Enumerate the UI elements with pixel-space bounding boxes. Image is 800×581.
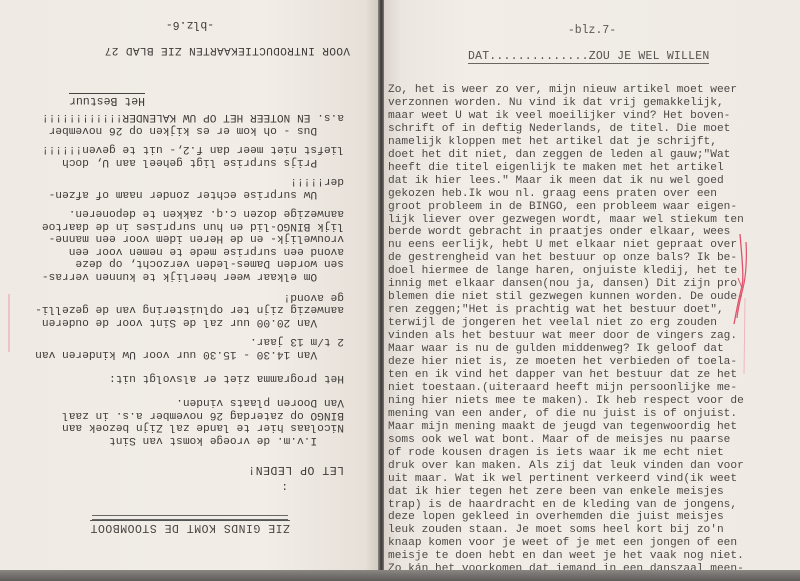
body-line: of rode kousen dragen is iets waar ik me…: [388, 447, 798, 460]
body-line: ren zeggen;"Het is prachtig wat het best…: [388, 304, 798, 317]
article-body: Zo, het is weer zo ver, mijn nieuw artik…: [388, 84, 798, 572]
scan-bottom-edge: [0, 570, 800, 581]
body-line: niet toestaan.(uiteraard heeft mijn pers…: [388, 382, 798, 395]
body-line: soms ook wel wat bont. Maar of de meisje…: [388, 434, 798, 447]
document-spread: ZIE GINDS KOMT DE STOOMBOOT : LET OP LED…: [0, 0, 800, 572]
left-subheading: LET OP LEDEN!: [248, 463, 344, 476]
body-line: gekozen heb.Ik wou nl. graag eens praten…: [388, 188, 798, 201]
body-line: terwijl de jongeren het veelal niet zo e…: [388, 317, 798, 330]
body-line: vinden als het bestuur wat meer door de …: [388, 330, 798, 343]
body-line: maar weet U wat ik veel moeilijker vind?…: [388, 110, 798, 123]
article-title: DAT..............ZOU JE WEL WILLEN: [468, 50, 709, 63]
body-line: leuk zouden staan. Je moet soms heel kor…: [388, 524, 798, 537]
body-line: ten en ik vind het dapper van het bestuu…: [388, 369, 798, 382]
paragraph: Het programma ziet er alsvolgt uit:: [14, 371, 344, 384]
body-line: doet het dit niet, dan zeggen de leden a…: [388, 149, 798, 162]
body-line: deze lopen gekleed in overhemden die jui…: [388, 511, 798, 524]
signature: Het Bestuur: [69, 94, 145, 107]
paragraph: Prijs surprise ligt geheel aan U, doch l…: [14, 143, 344, 168]
paragraph: I.v.m. de vroege komst van Sint Nicolaas…: [14, 396, 344, 446]
page-left: ZIE GINDS KOMT DE STOOMBOOT : LET OP LED…: [0, 0, 380, 572]
body-line: meisje te doen hebt en dan weet je het v…: [388, 550, 798, 563]
body-line: blemen die niet stil gezwegen kunnen wor…: [388, 291, 798, 304]
body-line: dat ik hier lees." Maar ik meen dat ik n…: [388, 175, 798, 188]
body-line: trap) is de haardracht en de kleding van…: [388, 499, 798, 512]
body-line: lijk liever over gezwegen wordt, maar we…: [388, 214, 798, 227]
body-line: de gestrengheid van het bestuur op onze …: [388, 252, 798, 265]
paragraph: Om elkaar weer heerlijk te kunnen verras…: [14, 206, 344, 282]
body-line: uit maar. Wat ik wel pertinent verkeerd …: [388, 473, 798, 486]
paragraph: Van 14.30 - 15.30 uur voor Uw kinderen v…: [14, 335, 344, 360]
page-number-left: -blz.6-: [0, 18, 380, 31]
body-line: namelijk kloppen met het artikel dat je …: [388, 136, 798, 149]
body-line: groot probleem in de BINGO, een probleem…: [388, 201, 798, 214]
paragraph: Van 20.00 uur zal de Sint voor de oudere…: [14, 290, 344, 328]
body-line: Zo, het is weer zo ver, mijn nieuw artik…: [388, 84, 798, 97]
left-heading: ZIE GINDS KOMT DE STOOMBOOT: [0, 515, 380, 534]
body-line: mening van een ander, of die nu juist is…: [388, 408, 798, 421]
paragraph: Uw surprise echter zonder naam of afzen-…: [14, 175, 344, 200]
heading-colon: :: [281, 480, 288, 492]
body-line: ning hier niets mee te maken). Ik heb re…: [388, 395, 798, 408]
body-line: dat ik hier tegen het zere been van enke…: [388, 486, 798, 499]
body-line: berde wordt gebracht in praatjes onder e…: [388, 226, 798, 239]
paragraph: Dus - oh kom er es kijken op 26 november…: [14, 111, 344, 136]
body-line: nu eens eerlijk, hebt U met elkaar niet …: [388, 239, 798, 252]
body-line: Maar mijn mening maakt de jeugd van tege…: [388, 421, 798, 434]
footer-note: VOOR INTRODUCTIEKAARTEN ZIE BLAD 27: [105, 44, 350, 56]
body-line: knaap komen voor je weet of je met een j…: [388, 537, 798, 550]
page-left-rotated-content: ZIE GINDS KOMT DE STOOMBOOT : LET OP LED…: [0, 0, 380, 572]
body-line: Maar waar is nu de gulden middenweg? Ik …: [388, 343, 798, 356]
body-line: verzonnen worden. Nu vind ik dat vrij ge…: [388, 97, 798, 110]
body-line: schrift of in deftig Nederlands, de tite…: [388, 123, 798, 136]
body-line: deze hier niet is, ze moeten het verbied…: [388, 356, 798, 369]
body-line: heeft die titel eigenlijk te maken met h…: [388, 162, 798, 175]
page-number-right: -blz.7-: [384, 24, 800, 37]
body-line: innig met elkaar dansen(nou ja, dansen) …: [388, 278, 798, 291]
body-line: druk over kan maken. Als zij dat leuk vi…: [388, 460, 798, 473]
page-right: -blz.7- DAT..............ZOU JE WEL WILL…: [384, 0, 800, 572]
body-line: doel hiermee de lange haren, onjuiste kl…: [388, 265, 798, 278]
